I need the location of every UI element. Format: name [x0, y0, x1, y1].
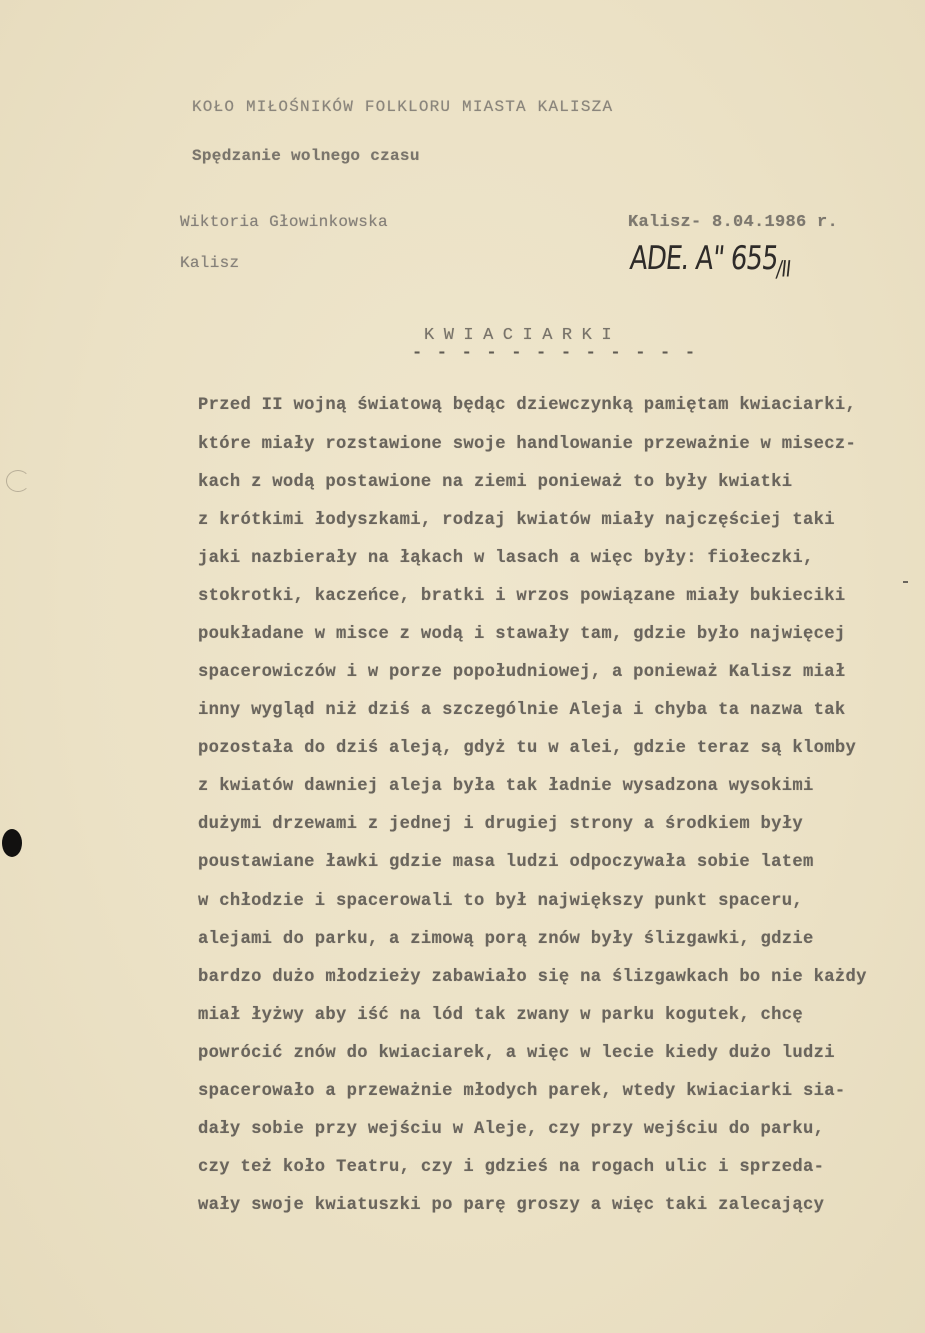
body-line: z krótkimi łodyszkami, rodzaj kwiatów mi… — [198, 511, 835, 530]
body-line: w chłodzie i spacerowali to był najwięks… — [198, 892, 803, 911]
punch-hole — [2, 829, 22, 857]
archive-signature-number: ADE. A" 655 — [628, 240, 779, 278]
body-line: bardzo dużo młodzieży zabawiało się na ś… — [198, 968, 867, 987]
body-line: wały swoje kwiatuszki po parę groszy a w… — [198, 1196, 824, 1215]
author-name: Wiktoria Głowinkowska — [180, 213, 388, 231]
body-line: dużymi drzewami z jednej i drugiej stron… — [198, 815, 803, 834]
body-line: czy też koło Teatru, czy i gdzieś na rog… — [198, 1158, 824, 1177]
body-line: poustawiane ławki gdzie masa ludzi odpoc… — [198, 853, 814, 872]
body-line: powrócić znów do kwiaciarek, a więc w le… — [198, 1044, 835, 1063]
place-date: Kalisz- 8.04.1986 r. — [628, 213, 838, 232]
author-city: Kalisz — [180, 254, 239, 272]
body-line: kach z wodą postawione na ziemi ponieważ… — [198, 473, 792, 492]
document-subtitle: Spędzanie wolnego czasu — [192, 147, 420, 165]
body-line: poukładane w misce z wodą i stawały tam,… — [198, 625, 845, 644]
title-underline: - - - - - - - - - - - - — [412, 344, 697, 363]
body-line: miał łyżwy aby iść na lód tak zwany w pa… — [198, 1006, 803, 1025]
organization-header: KOŁO MIŁOŚNIKÓW FOLKLORU MIASTA KALISZA — [192, 98, 613, 116]
document-title: KWIACIARKI — [424, 326, 621, 345]
body-line: z kwiatów dawniej aleja była tak ładnie … — [198, 777, 814, 796]
ink-mark — [903, 581, 908, 583]
body-line: dały sobie przy wejściu w Aleje, czy prz… — [198, 1120, 824, 1139]
body-line: spacerowiczów i w porze popołudniowej, a… — [198, 663, 845, 682]
body-line: inny wygląd niż dziś a szczególnie Aleja… — [198, 701, 845, 720]
body-line: spacerowało a przeważnie młodych parek, … — [198, 1082, 845, 1101]
body-line: Przed II wojną światową będąc dziewczynk… — [198, 396, 856, 415]
body-line: stokrotki, kaczeńce, bratki i wrzos powi… — [198, 587, 845, 606]
body-line: jaki nazbierały na łąkach w lasach a wię… — [198, 549, 814, 568]
body-line: alejami do parku, a zimową porą znów był… — [198, 930, 814, 949]
body-line: pozostała do dziś aleją, gdyż tu w alei,… — [198, 739, 856, 758]
body-line: które miały rozstawione swoje handlowani… — [198, 435, 856, 454]
archive-signature: ADE. A" 655/II — [628, 240, 794, 283]
archive-signature-fraction: /II — [775, 256, 791, 282]
paperclip-mark — [6, 470, 30, 492]
